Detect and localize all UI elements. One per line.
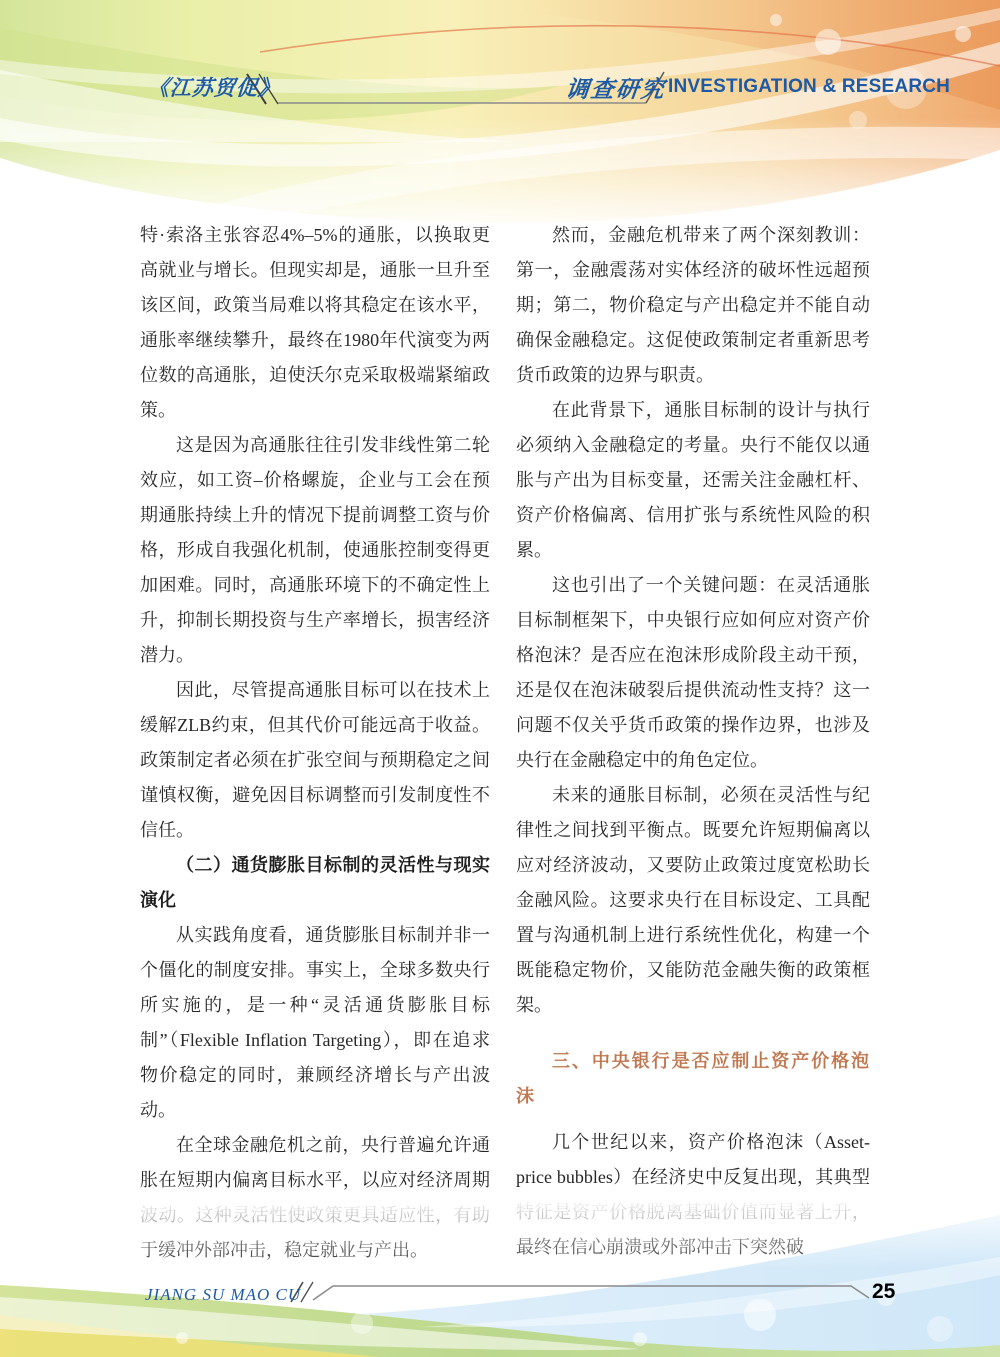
paragraph: 几个世纪以来，资产价格泡沫（Asset-price bubbles）在经济史中反… — [516, 1125, 870, 1265]
left-column: 特·索洛主张容忍4%–5%的通胀，以换取更高就业与增长。但现实却是，通胀一旦升至… — [140, 218, 490, 1268]
right-column: 然而，金融危机带来了两个深刻教训：第一，金融震荡对实体经济的破坏性远超预期；第二… — [516, 218, 870, 1265]
paragraph: 在此背景下，通胀目标制的设计与执行必须纳入金融稳定的考量。央行不能仅以通胀与产出… — [516, 393, 870, 568]
paragraph: 然而，金融危机带来了两个深刻教训：第一，金融震荡对实体经济的破坏性远超预期；第二… — [516, 218, 870, 393]
paragraph: 从实践角度看，通货膨胀目标制并非一个僵化的制度安排。事实上，全球多数央行所实施的… — [140, 918, 490, 1128]
section-heading: 三、中央银行是否应制止资产价格泡沫 — [516, 1044, 870, 1114]
paragraph: 这是因为高通胀往往引发非线性第二轮效应，如工资–价格螺旋，企业与工会在预期通胀持… — [140, 428, 490, 673]
paragraph: 因此，尽管提高通胀目标可以在技术上缓解ZLB约束，但其代价可能远高于收益。政策制… — [140, 673, 490, 848]
top-wave-decoration — [0, 0, 1000, 235]
header-section-title-zh: 调查研究 — [564, 71, 667, 104]
journal-logo: 《江苏贸促》 — [147, 72, 281, 102]
magazine-page: 《江苏贸促》 调查研究 INVESTIGATION & RESEARCH 特·索… — [0, 0, 1000, 1357]
header-section-title-en: INVESTIGATION & RESEARCH — [668, 76, 950, 98]
footer-journal-name: JIANG SU MAO CU — [145, 1285, 301, 1305]
paragraph: 在全球金融危机之前，央行普遍允许通胀在短期内偏离目标水平，以应对经济周期波动。这… — [140, 1128, 490, 1268]
paragraph: 未来的通胀目标制，必须在灵活性与纪律性之间找到平衡点。既要允许短期偏离以应对经济… — [516, 778, 870, 1023]
header-rule — [0, 0, 1000, 130]
subheading: （二）通货膨胀目标制的灵活性与现实演化 — [140, 848, 490, 918]
paragraph: 这也引出了一个关键问题：在灵活通胀目标制框架下，中央银行应如何应对资产价格泡沫？… — [516, 568, 870, 778]
page-number: 25 — [872, 1280, 895, 1304]
paragraph: 特·索洛主张容忍4%–5%的通胀，以换取更高就业与增长。但现实却是，通胀一旦升至… — [140, 218, 490, 428]
